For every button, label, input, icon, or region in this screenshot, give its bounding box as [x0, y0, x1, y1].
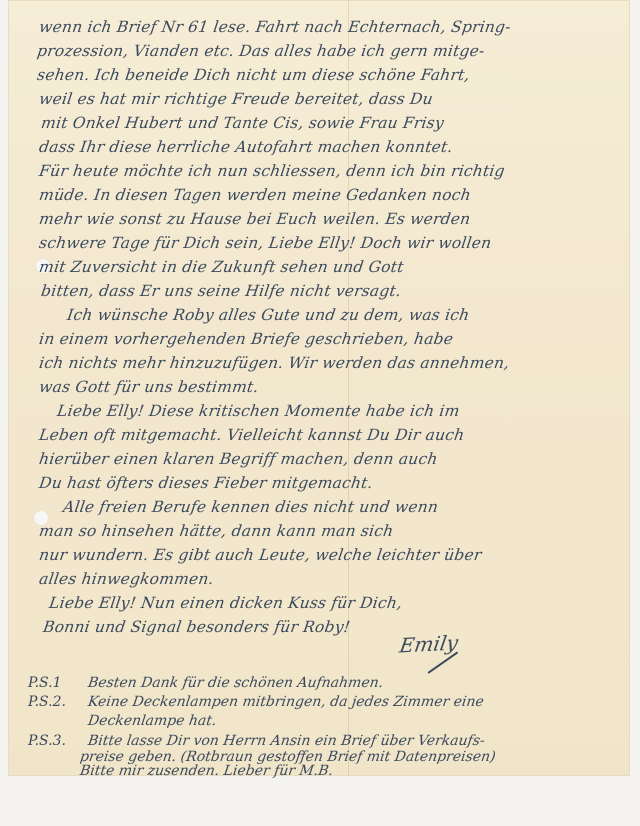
body-line: bitten, dass Er uns seine Hilfe nicht ve…: [40, 282, 402, 300]
body-line: schwere Tage für Dich sein, Liebe Elly! …: [38, 234, 493, 252]
body-line: dass Ihr diese herrliche Autofahrt mache…: [38, 138, 454, 156]
ps-line: Keine Deckenlampen mitbringen, da jedes …: [87, 694, 485, 710]
body-line: ich nichts mehr hinzuzufügen. Wir werden…: [38, 354, 511, 372]
body-line: Alle freien Berufe kennen dies nicht und…: [62, 498, 439, 516]
body-line: Bonni und Signal besonders für Roby!: [42, 618, 351, 636]
body-line: man so hinsehen hätte, dann kann man sic…: [38, 522, 395, 540]
body-line: prozession, Vianden etc. Das alles habe …: [36, 42, 486, 60]
body-line: sehen. Ich beneide Dich nicht um diese s…: [36, 66, 471, 84]
ps-label: P.S.2.: [28, 694, 66, 710]
body-line: mit Onkel Hubert und Tante Cis, sowie Fr…: [40, 114, 445, 132]
body-line: Liebe Elly! Diese kritischen Momente hab…: [56, 402, 461, 420]
body-line: in einem vorhergehenden Briefe geschrieb…: [38, 330, 454, 348]
body-line: Du hast öfters dieses Fieber mitgemacht.: [38, 474, 374, 492]
ps-label: P.S.3.: [28, 733, 66, 749]
body-line: alles hinwegkommen.: [38, 570, 215, 588]
ps-label: P.S.1: [28, 675, 61, 691]
body-line: Liebe Elly! Nun einen dicken Kuss für Di…: [48, 594, 403, 612]
body-line: Leben oft mitgemacht. Vielleicht kannst …: [38, 426, 466, 444]
signature: Emily: [398, 631, 460, 658]
body-line: mit Zuversicht in die Zukunft sehen und …: [38, 258, 405, 276]
body-line: Ich wünsche Roby alles Gute und zu dem, …: [66, 306, 471, 324]
body-line: wenn ich Brief Nr 61 lese. Fahrt nach Ec…: [38, 18, 512, 36]
body-line: hierüber einen klaren Begriff machen, de…: [38, 450, 439, 468]
body-line: weil es hat mir richtige Freude bereitet…: [38, 90, 434, 108]
body-line: nur wundern. Es gibt auch Leute, welche …: [38, 546, 483, 564]
ps-line: Bitte lasse Dir von Herrn Ansin ein Brie…: [87, 733, 486, 749]
ps-line: Deckenlampe hat.: [87, 713, 218, 729]
letter-paper: wenn ich Brief Nr 61 lese. Fahrt nach Ec…: [8, 0, 630, 776]
body-line: Für heute möchte ich nun schliessen, den…: [38, 162, 506, 180]
body-line: mehr wie sonst zu Hause bei Euch weilen.…: [38, 210, 472, 228]
body-line: müde. In diesen Tagen werden meine Gedan…: [38, 186, 472, 204]
ps-line: Besten Dank für die schönen Aufnahmen.: [87, 675, 384, 691]
ps-line: Bitte mir zusenden. Lieber für M.B.: [79, 763, 334, 779]
body-line: was Gott für uns bestimmt.: [38, 378, 260, 396]
